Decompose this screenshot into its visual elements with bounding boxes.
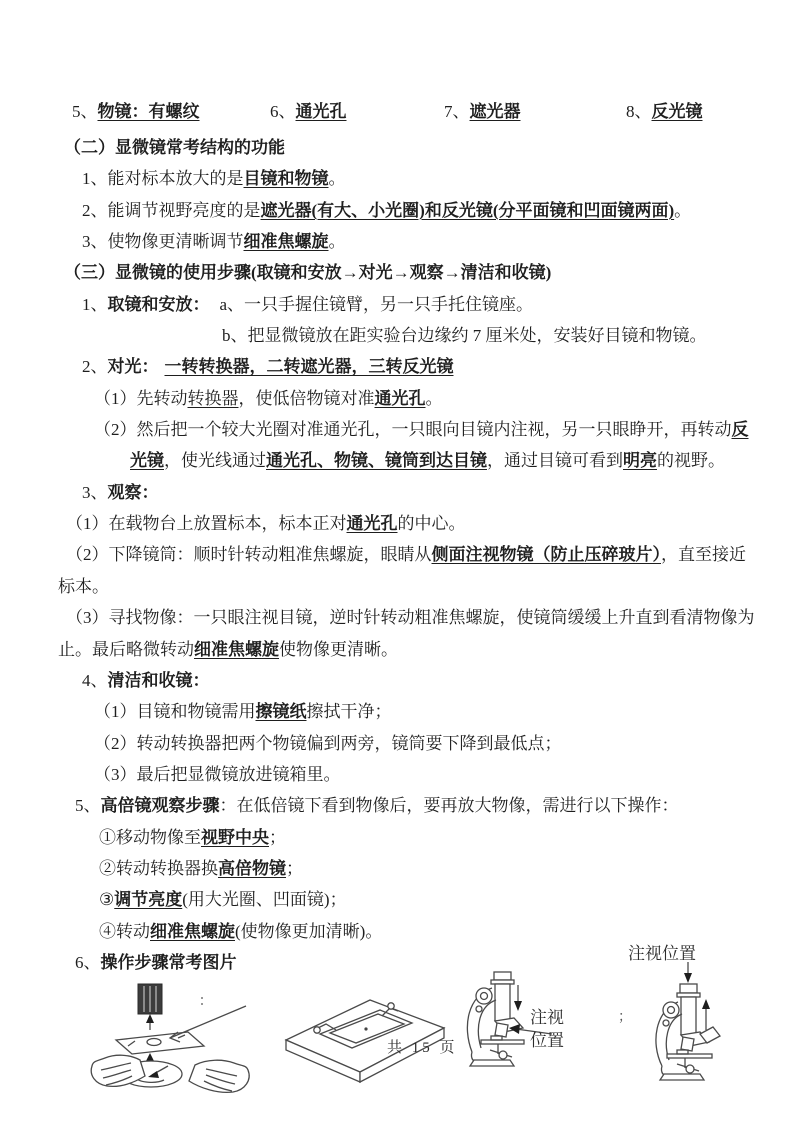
text-segment: （1）先转动: [94, 389, 188, 408]
text-line: （3）寻找物像：一只眼注视目镜，逆时针转动粗准焦螺旋，使镜筒缓缓上升直到看清物像…: [0, 602, 793, 633]
text-segment: 标本。: [58, 577, 109, 596]
text-segment: 1、: [82, 295, 108, 314]
text-segment: 视野中央: [201, 828, 269, 847]
text-segment: ③: [99, 890, 114, 909]
mirror: [499, 1051, 507, 1059]
text-segment: 高倍镜观察步骤: [101, 796, 220, 815]
text-segment: ，通过目镜可看到: [487, 451, 623, 470]
text-line: 2、能调节视野亮度的是遮光器(有大、小光圈)和反光镜(分平面镜和凹面镜两面)。: [0, 195, 793, 226]
text-segment: 通光孔: [347, 514, 398, 533]
text-segment: 观察：: [108, 483, 159, 502]
text-line: （2）下降镜筒：顺时针转动粗准焦螺旋，眼睛从侧面注视物镜（防止压碎玻片），直至接…: [0, 539, 793, 570]
text-line: 止。最后略微转动细准焦螺旋使物像更清晰。: [0, 634, 793, 665]
figure-raise-tube-eye-on-eyepiece: [636, 958, 756, 1096]
text-line: （1）先转动转换器，使低倍物镜对准通光孔。: [0, 383, 793, 414]
text-segment: b、把显微镜放在距实验台边缘约 7 厘米处，安装好目镜和物镜。: [222, 326, 707, 345]
text-segment: ④转动: [99, 922, 150, 941]
text-segment: 2、能调节视野亮度的是: [82, 201, 261, 220]
text-segment: 细准焦螺旋: [244, 232, 329, 251]
base: [660, 1074, 704, 1080]
up-arrow-icon: [146, 1014, 154, 1023]
text-line: （1）目镜和物镜需用擦镜纸擦拭干净；: [0, 696, 793, 727]
text-segment: ，直至接近: [661, 545, 746, 564]
stage: [667, 1054, 712, 1058]
body-tube: [681, 997, 696, 1035]
text-segment: 使物像更清晰。: [279, 640, 398, 659]
text-line: 1、能对标本放大的是目镜和物镜。: [0, 163, 793, 194]
fine-focus-knob: [476, 1006, 482, 1012]
document-body: （二）显微镜常考结构的功能1、能对标本放大的是目镜和物镜。2、能调节视野亮度的是…: [0, 132, 793, 978]
text-segment: 5、: [75, 796, 101, 815]
text-segment: 止。最后略微转动: [58, 640, 194, 659]
text-segment: 高倍物镜: [218, 859, 286, 878]
text-segment: 擦镜纸: [256, 702, 307, 721]
text-segment: 通光孔、物镜、镜筒到达目镜: [266, 451, 487, 470]
coarse-focus-knob: [476, 988, 492, 1004]
text-segment: 对光：: [108, 357, 159, 376]
body-tube: [495, 984, 510, 1021]
text-segment: 反: [732, 420, 749, 439]
text-segment: 的中心。: [398, 514, 466, 533]
item-label: 通光孔: [296, 102, 347, 121]
text-segment: 通光孔: [375, 389, 426, 408]
text-segment: 细准焦螺旋: [194, 640, 279, 659]
text-segment: 2、: [82, 357, 108, 376]
objective-lens: [681, 1037, 694, 1051]
item-label: 反光镜: [652, 102, 703, 121]
microscope-up-illustration: [636, 958, 756, 1096]
text-segment: a、一只手握住镜臂，另一只手托住镜座。: [220, 295, 534, 314]
text-segment: 转换器: [188, 389, 239, 408]
text-segment: 3、使物像更清晰调节: [82, 232, 244, 251]
text-line: （二）显微镜常考结构的功能: [0, 132, 793, 163]
hands-mirror-illustration: [88, 980, 253, 1108]
structure-labels-row: 5、物镜：有螺纹 6、通光孔 7、遮光器 8、反光镜: [0, 96, 793, 128]
text-segment: 遮光器(有大、小光圈)和反光镜(分平面镜和凹面镜两面): [261, 201, 675, 220]
text-segment: 6、: [75, 953, 101, 972]
text-line: （三）显微镜的使用步骤(取镜和安放→对光→观察→清洁和收镜): [0, 257, 793, 288]
text-line: b、把显微镜放在距实验台边缘约 7 厘米处，安装好目镜和物镜。: [0, 320, 793, 351]
text-segment: ，使低倍物镜对准: [239, 389, 375, 408]
page-count-footer: 共 15 页: [387, 1036, 458, 1057]
structure-label-aperture-hole: 6、通光孔: [270, 96, 347, 128]
text-segment: ；: [286, 859, 303, 878]
text-segment: ：在低倍镜下看到物像后，要再放大物像，需进行以下操作：: [220, 796, 679, 815]
text-segment: 的视野。: [657, 451, 725, 470]
down-arrow-icon: [514, 1001, 522, 1011]
up-arrow-icon: [702, 999, 710, 1009]
figure-hands-adjusting-mirror: [88, 980, 253, 1108]
item-number: 5、: [72, 102, 98, 121]
document-page: 5、物镜：有螺纹 6、通光孔 7、遮光器 8、反光镜 （二）显微镜常考结构的功能…: [0, 0, 793, 1122]
text-segment: （2）下降镜筒：顺时针转动粗准焦螺旋，眼睛从: [66, 545, 432, 564]
text-segment: （2）转动转换器把两个物镜偏到两旁，镜筒要下降到最低点；: [94, 734, 562, 753]
text-line: （2）然后把一个较大光圈对准通光孔，一只眼向目镜内注视，另一只眼睁开，再转动反: [0, 414, 793, 445]
text-segment: ；: [269, 828, 286, 847]
text-line: （1）在载物台上放置标本，标本正对通光孔的中心。: [0, 508, 793, 539]
text-segment: 擦拭干净；: [307, 702, 392, 721]
text-segment: （3）寻找物像：一只眼注视目镜，逆时针转动粗准焦螺旋，使镜筒缓缓上升直到看清物像…: [66, 608, 755, 627]
text-segment: （2）然后把一个较大光圈对准通光孔，一只眼向目镜内注视，另一只眼睁开，再转动: [94, 420, 732, 439]
eyepiece: [494, 972, 511, 980]
item-number: 8、: [626, 102, 652, 121]
base: [470, 1060, 514, 1066]
text-segment: 。: [329, 169, 346, 188]
text-line: 1、取镜和安放：a、一只手握住镜臂，另一只手托住镜座。: [0, 289, 793, 320]
text-segment: 取镜和安放：: [108, 295, 210, 314]
item-label: 遮光器: [470, 102, 521, 121]
down-arrow-icon: [684, 973, 692, 983]
text-line: ②转动转换器换高倍物镜；: [0, 853, 793, 884]
watch-position-label-3: 注视 位置: [530, 1006, 564, 1052]
eyepiece: [680, 984, 697, 993]
text-segment: 4、: [82, 671, 108, 690]
text-segment: （3）最后把显微镜放进镜箱里。: [94, 765, 341, 784]
text-segment: 。: [426, 389, 443, 408]
stray-mark: ；: [618, 1006, 632, 1026]
fine-focus-knob: [663, 1020, 669, 1026]
text-line: 3、使物像更清晰调节细准焦螺旋。: [0, 226, 793, 257]
text-segment: ②转动转换器换: [99, 859, 218, 878]
structure-label-mirror: 8、反光镜: [626, 96, 703, 128]
text-segment: 操作步骤常考图片: [101, 953, 237, 972]
text-segment: 目镜和物镜: [244, 169, 329, 188]
structure-label-objective: 5、物镜：有螺纹: [72, 96, 200, 128]
item-label: 物镜：有螺纹: [98, 102, 200, 121]
text-line: 光镜，使光线通过通光孔、物镜、镜筒到达目镜，通过目镜可看到明亮的视野。: [0, 445, 793, 476]
text-line: 5、高倍镜观察步骤：在低倍镜下看到物像后，要再放大物像，需进行以下操作：: [0, 790, 793, 821]
label-line: 位置: [530, 1029, 564, 1052]
text-segment: 清洁和收镜：: [108, 671, 210, 690]
coarse-focus-knob: [663, 1002, 679, 1018]
text-line: 4、清洁和收镜：: [0, 665, 793, 696]
text-segment: 。: [329, 232, 346, 251]
objective-lens: [495, 1023, 508, 1037]
text-segment: 光镜: [130, 451, 164, 470]
text-segment: （1）在载物台上放置标本，标本正对: [66, 514, 347, 533]
text-line: 3、观察：: [0, 477, 793, 508]
text-segment: (用大光圈、凹面镜)；: [182, 890, 346, 909]
item-number: 6、: [270, 102, 296, 121]
up-arrow-icon: [146, 1053, 154, 1061]
item-number: 7、: [444, 102, 470, 121]
text-segment: ，使光线通过: [164, 451, 266, 470]
text-line: （2）转动转换器把两个物镜偏到两旁，镜筒要下降到最低点；: [0, 728, 793, 759]
label-line: 注视: [530, 1006, 564, 1029]
text-segment: 明亮: [623, 451, 657, 470]
text-segment: 细准焦螺旋: [150, 922, 235, 941]
text-segment: ①移动物像至: [99, 828, 201, 847]
text-segment: 3、: [82, 483, 108, 502]
text-segment: 调节亮度: [114, 890, 182, 909]
text-segment: 侧面注视物镜（防止压碎玻片）: [432, 545, 662, 564]
text-line: ③调节亮度(用大光圈、凹面镜)；: [0, 884, 793, 915]
text-line: （3）最后把显微镜放进镜箱里。: [0, 759, 793, 790]
text-line: 标本。: [0, 571, 793, 602]
text-segment: (使物像更加清晰)。: [235, 922, 382, 941]
text-line: ①移动物像至视野中央；: [0, 822, 793, 853]
text-segment: （1）目镜和物镜需用: [94, 702, 256, 721]
text-segment: （三）显微镜的使用步骤(取镜和安放→对光→观察→清洁和收镜): [64, 263, 551, 282]
mirror: [686, 1065, 694, 1073]
text-segment: （二）显微镜常考结构的功能: [64, 138, 285, 157]
text-segment: 1、能对标本放大的是: [82, 169, 244, 188]
structure-label-diaphragm: 7、遮光器: [444, 96, 521, 128]
text-segment: 一转转换器，二转遮光器，三转反光镜: [165, 357, 454, 376]
text-line: 2、对光：一转转换器，二转遮光器，三转反光镜: [0, 351, 793, 382]
text-segment: 。: [674, 201, 691, 220]
